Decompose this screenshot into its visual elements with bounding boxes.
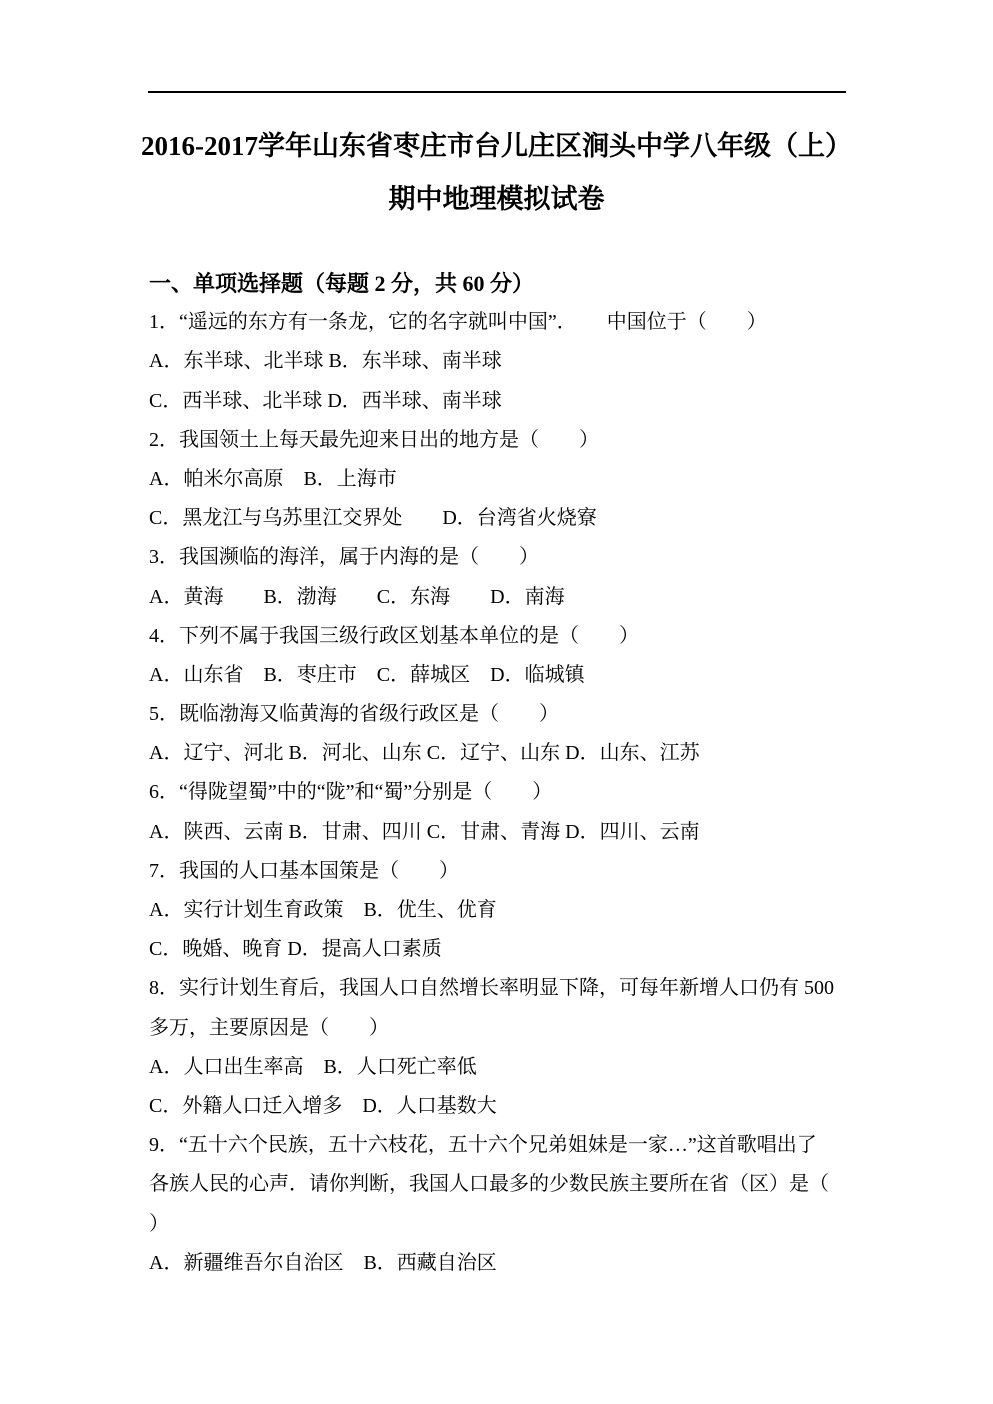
q2-line-1: 2．我国领土上每天最先迎来日出的地方是（ ） bbox=[149, 421, 863, 460]
q6-line-1: 6．“得陇望蜀”中的“陇”和“蜀”分别是（ ） bbox=[149, 773, 863, 812]
q9-line-2: 各族人民的心声．请你判断，我国人口最多的少数民族主要所在省（区）是（ bbox=[149, 1165, 863, 1204]
q8-line-3: A．人口出生率高 B．人口死亡率低 bbox=[149, 1048, 863, 1087]
q4-line-1: 4．下列不属于我国三级行政区划基本单位的是（ ） bbox=[149, 617, 863, 656]
exam-page: 2016-2017学年山东省枣庄市台儿庄区涧头中学八年级（上） 期中地理模拟试卷… bbox=[0, 0, 993, 1404]
title-line-2: 期中地理模拟试卷 bbox=[0, 173, 993, 226]
q7-line-1: 7．我国的人口基本国策是（ ） bbox=[149, 852, 863, 891]
q2-line-3: C．黑龙江与乌苏里江交界处 D．台湾省火烧寮 bbox=[149, 499, 863, 538]
q9-line-1: 9．“五十六个民族，五十六枝花，五十六个兄弟姐妹是一家…”这首歌唱出了 bbox=[149, 1126, 863, 1165]
q7-line-2: A．实行计划生育政策 B．优生、优育 bbox=[149, 891, 863, 930]
q4-line-2: A．山东省 B．枣庄市 C．薛城区 D．临城镇 bbox=[149, 656, 863, 695]
q6-line-2: A．陕西、云南 B．甘肃、四川 C．甘肃、青海 D．四川、云南 bbox=[149, 813, 863, 852]
q9-line-4: A．新疆维吾尔自治区 B．西藏自治区 bbox=[149, 1244, 863, 1283]
q1-line-1: 1．“遥远的东方有一条龙，它的名字就叫中国”． 中国位于（ ） bbox=[149, 303, 863, 342]
q5-line-2: A．辽宁、河北 B．河北、山东 C．辽宁、山东 D．山东、江苏 bbox=[149, 734, 863, 773]
q2-line-2: A．帕米尔高原 B．上海市 bbox=[149, 460, 863, 499]
q8-line-2: 多万，主要原因是（ ） bbox=[149, 1009, 863, 1048]
q5-line-1: 5．既临渤海又临黄海的省级行政区是（ ） bbox=[149, 695, 863, 734]
q8-line-1: 8．实行计划生育后，我国人口自然增长率明显下降，可每年新增人口仍有 500 bbox=[149, 969, 863, 1008]
q9-line-3: ） bbox=[149, 1205, 863, 1244]
document-title: 2016-2017学年山东省枣庄市台儿庄区涧头中学八年级（上） 期中地理模拟试卷 bbox=[0, 120, 993, 226]
section-heading: 一、单项选择题（每题 2 分，共 60 分） bbox=[149, 264, 863, 303]
question-list: 1．“遥远的东方有一条龙，它的名字就叫中国”． 中国位于（ ）A．东半球、北半球… bbox=[149, 303, 863, 1283]
q3-line-1: 3．我国濒临的海洋，属于内海的是（ ） bbox=[149, 538, 863, 577]
q7-line-3: C．晚婚、晚育 D．提高人口素质 bbox=[149, 930, 863, 969]
q1-line-2: A．东半球、北半球 B．东半球、南半球 bbox=[149, 342, 863, 381]
q8-line-4: C．外籍人口迁入增多 D．人口基数大 bbox=[149, 1087, 863, 1126]
exam-body: 一、单项选择题（每题 2 分，共 60 分） 1．“遥远的东方有一条龙，它的名字… bbox=[149, 264, 863, 1283]
q1-line-3: C．西半球、北半球 D．西半球、南半球 bbox=[149, 382, 863, 421]
header-rule bbox=[148, 91, 846, 93]
q3-line-2: A．黄海 B．渤海 C．东海 D．南海 bbox=[149, 578, 863, 617]
title-line-1: 2016-2017学年山东省枣庄市台儿庄区涧头中学八年级（上） bbox=[0, 120, 993, 173]
